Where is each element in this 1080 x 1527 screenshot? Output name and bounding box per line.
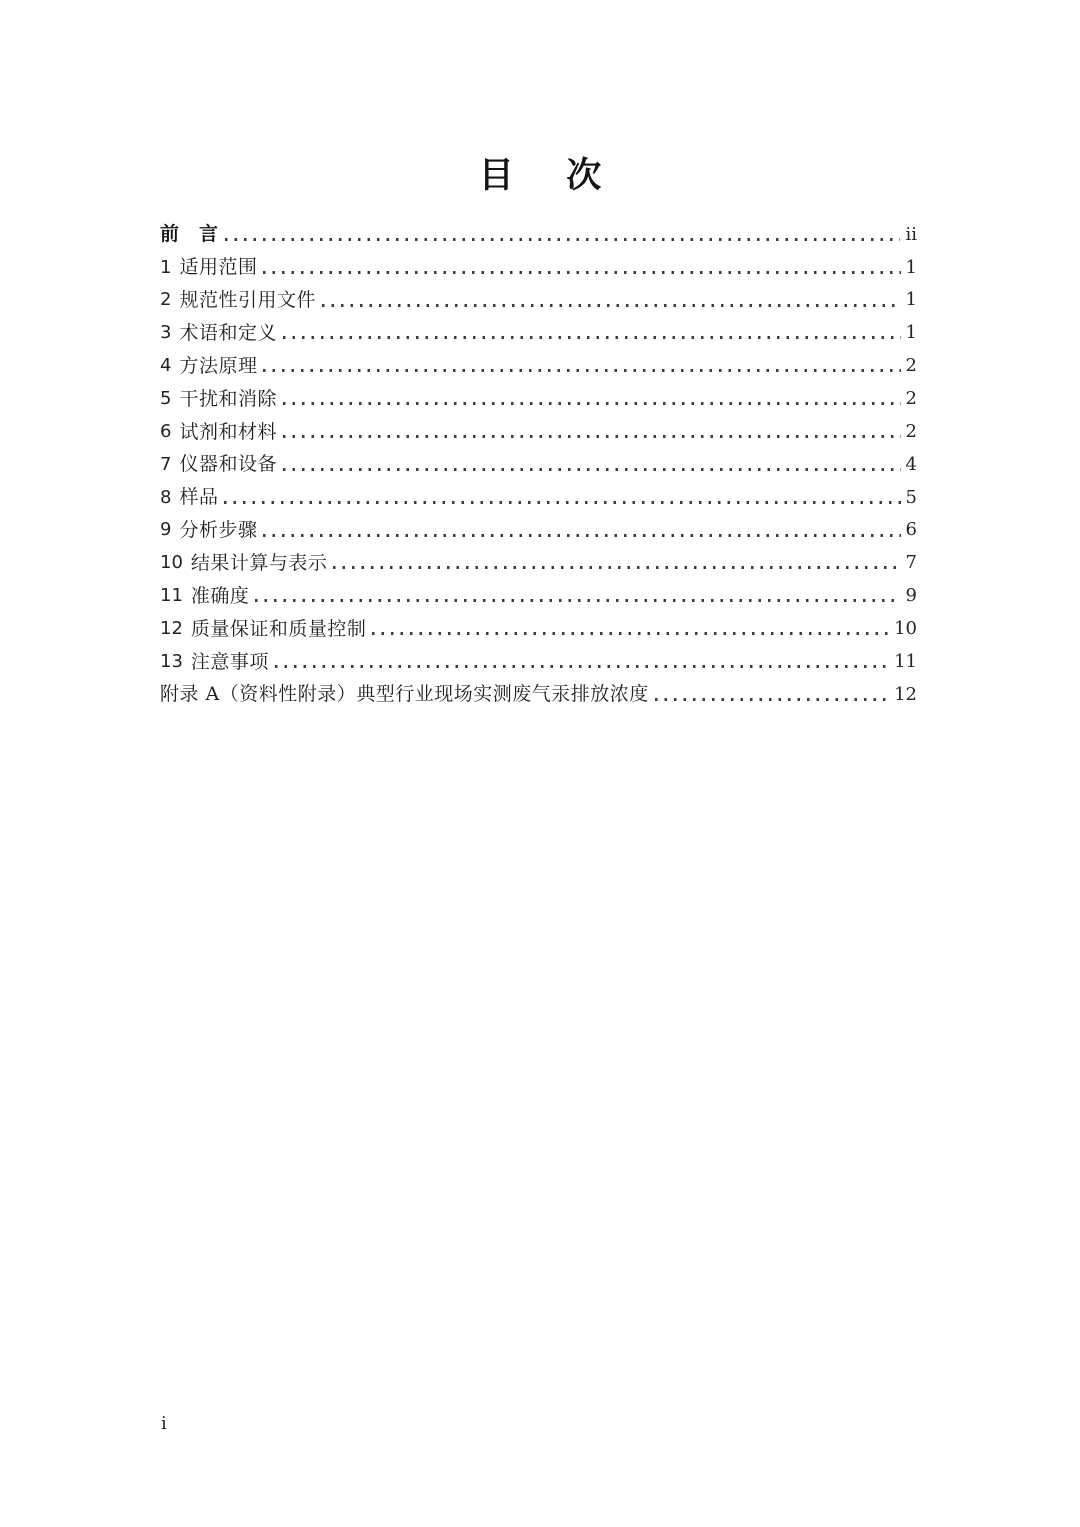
toc-entry-page: 1	[906, 323, 917, 343]
dot-leader	[322, 304, 901, 307]
toc-entry-3: 3 术语和定义 1	[160, 311, 917, 344]
toc-entry-page: 10	[894, 619, 917, 639]
dot-leader	[283, 468, 901, 471]
toc-entry-number: 11	[160, 586, 183, 606]
toc-entry-label: 分析步骤	[179, 520, 257, 541]
toc-entry-page: 7	[906, 553, 917, 573]
toc-entry-page: 1	[906, 258, 917, 278]
toc-entry-page: 2	[906, 389, 917, 409]
toc-entry-number: 10	[160, 553, 183, 573]
toc-entry-number: 13	[160, 652, 183, 672]
dot-leader	[224, 501, 900, 504]
dot-leader	[263, 271, 900, 274]
toc-entry-page: 4	[906, 455, 917, 475]
toc-entry-page: 9	[906, 586, 917, 606]
toc-entry-label: 结果计算与表示	[191, 553, 328, 574]
toc-entry-11: 11 准确度 9	[160, 573, 917, 606]
toc-entry-label: 注意事项	[191, 652, 269, 673]
toc-entry-number: 5	[160, 389, 171, 409]
toc-entry-page: 5	[906, 488, 917, 508]
toc-entry-9: 9 分析步骤 6	[160, 508, 917, 541]
toc-entry-number: 3	[160, 323, 171, 343]
toc-entry-page: 12	[894, 685, 917, 705]
table-of-contents: 前 言 ii 1 适用范围 1 2 规范性引用文件 1 3 术语和定义 1 4 …	[160, 212, 917, 705]
dot-leader	[263, 369, 900, 372]
dot-leader	[225, 238, 901, 241]
toc-entry-1: 1 适用范围 1	[160, 245, 917, 278]
toc-entry-foreword: 前 言 ii	[160, 212, 917, 245]
toc-entry-label: 样品	[179, 487, 218, 508]
dot-leader	[333, 566, 900, 569]
toc-entry-label: 前 言	[160, 224, 219, 245]
toc-entry-label: 方法原理	[179, 356, 257, 377]
toc-entry-7: 7 仪器和设备 4	[160, 442, 917, 475]
dot-leader	[283, 402, 901, 405]
toc-entry-page: 2	[906, 422, 917, 442]
toc-entry-page: 1	[906, 290, 917, 310]
page-number-footer: i	[161, 1413, 167, 1434]
dot-leader	[255, 599, 900, 602]
toc-entry-number: 6	[160, 422, 171, 442]
toc-entry-6: 6 试剂和材料 2	[160, 409, 917, 442]
toc-entry-10: 10 结果计算与表示 7	[160, 541, 917, 574]
dot-leader	[283, 435, 901, 438]
toc-entry-page: 2	[906, 356, 917, 376]
toc-entry-appendix-a: 附录 A（资料性附录）典型行业现场实测废气汞排放浓度 12	[160, 672, 917, 705]
page-title: 目 次	[0, 148, 1080, 198]
toc-entry-page: ii	[905, 225, 917, 245]
toc-entry-label: 仪器和设备	[179, 454, 277, 475]
dot-leader	[275, 665, 889, 668]
toc-entry-13: 13 注意事项 11	[160, 639, 917, 672]
toc-entry-page: 6	[906, 520, 917, 540]
dot-leader	[263, 534, 900, 537]
document-page: 目 次 前 言 ii 1 适用范围 1 2 规范性引用文件 1 3 术语和定义 …	[0, 0, 1080, 1527]
toc-entry-label: 术语和定义	[179, 323, 277, 344]
toc-entry-page: 11	[894, 652, 917, 672]
toc-entry-2: 2 规范性引用文件 1	[160, 278, 917, 311]
toc-entry-label: 准确度	[191, 586, 250, 607]
dot-leader	[283, 336, 901, 339]
toc-entry-12: 12 质量保证和质量控制 10	[160, 606, 917, 639]
toc-entry-number: 1	[160, 258, 171, 278]
toc-entry-number: 7	[160, 455, 171, 475]
toc-entry-5: 5 干扰和消除 2	[160, 376, 917, 409]
toc-entry-number: 12	[160, 619, 183, 639]
toc-entry-number: 4	[160, 356, 171, 376]
toc-entry-number: 2	[160, 290, 171, 310]
dot-leader	[655, 698, 889, 701]
toc-entry-number: 9	[160, 520, 171, 540]
dot-leader	[372, 632, 889, 635]
toc-entry-label: 试剂和材料	[179, 422, 277, 443]
toc-entry-label: 适用范围	[179, 257, 257, 278]
toc-entry-number: 8	[160, 488, 171, 508]
toc-entry-label: 干扰和消除	[179, 389, 277, 410]
toc-entry-label: 质量保证和质量控制	[191, 619, 367, 640]
toc-entry-8: 8 样品 5	[160, 475, 917, 508]
toc-entry-label: 附录 A（资料性附录）典型行业现场实测废气汞排放浓度	[160, 684, 649, 705]
toc-entry-4: 4 方法原理 2	[160, 343, 917, 376]
toc-entry-label: 规范性引用文件	[179, 290, 316, 311]
